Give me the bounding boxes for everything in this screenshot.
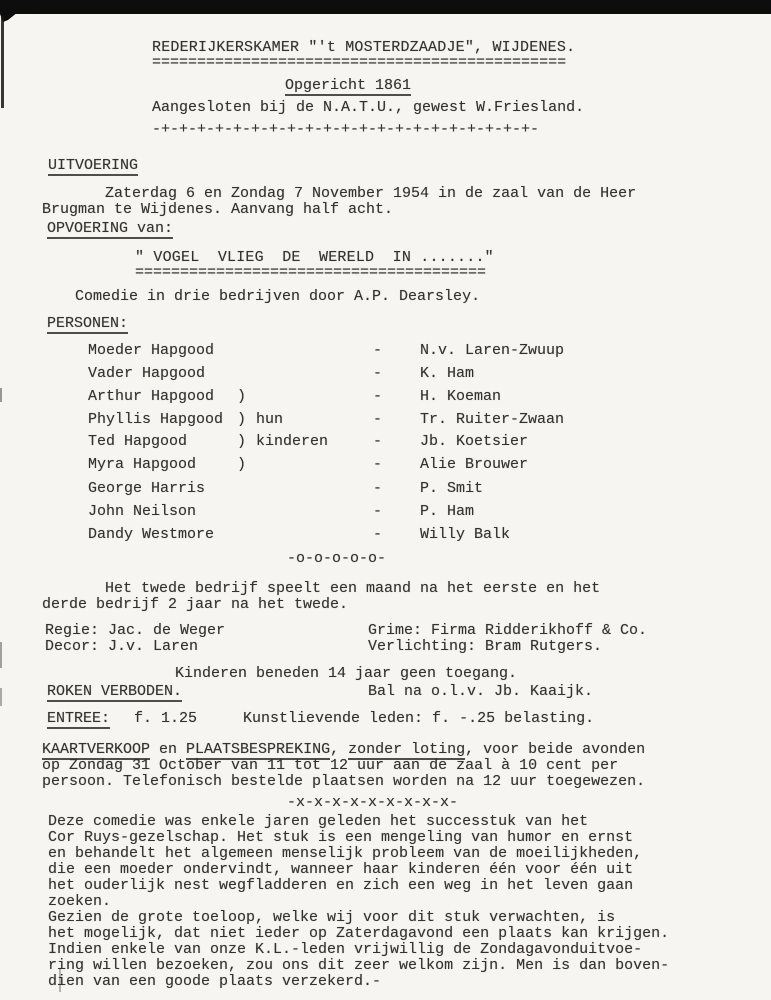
- body-paragraph-line: het ouderlijk nest wegfladderen en zich …: [48, 878, 633, 894]
- entree-price: f. 1.25: [134, 711, 197, 727]
- body-paragraph-line: en behandelt het algemeen menselijk prob…: [48, 846, 642, 862]
- cast-role: George Harris: [88, 480, 205, 497]
- cast-brace: ): [237, 412, 246, 428]
- scan-speck: [0, 688, 2, 706]
- acts-note-line: derde bedrijf 2 jaar na het twede.: [42, 597, 348, 613]
- verlichting-line: Verlichting: Bram Rutgers.: [368, 639, 602, 655]
- cast-role: Arthur Hapgood: [88, 388, 214, 405]
- decor-line: Decor: J.v. Laren: [45, 639, 198, 655]
- o-divider: -o-o-o-o-o-: [287, 551, 386, 567]
- cast-dash: -: [373, 457, 382, 473]
- cast-actor: Jb. Koetsier: [420, 434, 528, 450]
- kaartverkoop-join: ,: [330, 741, 348, 758]
- cast-row: John Neilson: [88, 504, 196, 520]
- cast-row: Phyllis Hapgood: [88, 412, 223, 428]
- body-paragraph-line: dien van een goode plaats verzekerd.-: [48, 974, 381, 990]
- body-paragraph-line: Cor Ruys-gezelschap. Het stuk is een men…: [48, 830, 633, 846]
- cast-role: Vader Hapgood: [88, 365, 205, 382]
- grime-line: Grime: Firma Ridderikhoff & Co.: [368, 623, 647, 639]
- scan-left-edge-artifact: [1, 16, 4, 108]
- affiliation-line: Aangesloten bij de N.A.T.U., gewest W.Fr…: [152, 100, 584, 116]
- entree-line: ENTREE:f. 1.25Kunstlievende leden: f. -.…: [47, 711, 594, 727]
- acts-note-line: Het twede bedrijf speelt een maand na he…: [105, 581, 600, 597]
- cast-role: Ted Hapgood: [88, 433, 187, 450]
- cast-dash: -: [373, 412, 382, 428]
- scanned-program-page: REDERIJKERSKAMER "'t MOSTERDZAADJE", WIJ…: [0, 0, 771, 1000]
- regie-line: Regie: Jac. de Weger: [45, 623, 225, 639]
- cast-row: Ted Hapgood: [88, 434, 187, 450]
- cast-actor: K. Ham: [420, 366, 474, 382]
- founded-line: Opgericht 1861: [285, 77, 411, 96]
- cast-dash: -: [373, 366, 382, 382]
- cast-actor: Alie Brouwer: [420, 457, 528, 473]
- cast-row: Vader Hapgood: [88, 366, 205, 382]
- uitvoering-line: Brugman te Wijdenes. Aanvang half acht.: [42, 202, 393, 218]
- cast-actor: Tr. Ruiter-Zwaan: [420, 412, 564, 428]
- cast-row: Arthur Hapgood: [88, 389, 214, 405]
- bal-note: Bal na o.l.v. Jb. Kaaijk.: [368, 684, 593, 700]
- body-paragraph-line: het mogelijk, dat niet ieder op Zaterdag…: [48, 926, 669, 942]
- cast-actor: N.v. Laren-Zwuup: [420, 343, 564, 359]
- society-title-underline: ========================================…: [152, 55, 566, 71]
- scan-speck: [0, 642, 2, 668]
- cast-dash: -: [373, 343, 382, 359]
- kinderen-note: Kinderen beneden 14 jaar geen toegang.: [175, 666, 517, 682]
- play-title-underline: =======================================: [135, 265, 486, 281]
- opvoering-heading: OPVOERING van:: [47, 220, 173, 239]
- cast-brace: ): [237, 457, 246, 473]
- cast-group-label: kinderen: [256, 434, 328, 450]
- cast-role: John Neilson: [88, 503, 196, 520]
- cast-row: Myra Hapgood: [88, 457, 196, 473]
- kaartverkoop-join: , voor beide avonden: [465, 741, 645, 758]
- cast-dash: -: [373, 527, 382, 543]
- kaartverkoop-line1: KAARTVERKOOP en PLAATSBESPREKING, zonder…: [42, 742, 645, 758]
- cast-dash: -: [373, 434, 382, 450]
- body-paragraph-line: Gezien de grote toeloop, welke wij voor …: [48, 910, 615, 926]
- cast-row: George Harris: [88, 481, 205, 497]
- kaartverkoop-line3: persoon. Telefonisch bestelde plaatsen w…: [42, 774, 645, 790]
- cast-actor: P. Smit: [420, 481, 483, 497]
- cast-group-label: hun: [256, 412, 283, 428]
- body-paragraph-line: ring willen bezoeken, zou ons dit zeer w…: [48, 958, 669, 974]
- cast-role: Dandy Westmore: [88, 526, 214, 543]
- cast-role: Moeder Hapgood: [88, 342, 214, 359]
- body-paragraph-line: Deze comedie was enkele jaren geleden he…: [48, 814, 588, 830]
- cast-brace: ): [237, 389, 246, 405]
- body-paragraph-line: zoeken.: [48, 894, 111, 910]
- cast-actor: H. Koeman: [420, 389, 501, 405]
- play-subtitle: Comedie in drie bedrijven door A.P. Dear…: [75, 289, 480, 305]
- body-paragraph-line: Indien enkele van onze K.L.-leden vrijwi…: [48, 942, 642, 958]
- entree-label: ENTREE:: [47, 710, 110, 729]
- cast-actor: Willy Balk: [420, 527, 510, 543]
- entree-members: Kunstlievende leden: f. -.25 belasting.: [243, 711, 594, 727]
- cast-dash: -: [373, 504, 382, 520]
- cast-actor: P. Ham: [420, 504, 474, 520]
- uitvoering-heading: UITVOERING: [48, 157, 138, 176]
- x-divider: -x-x-x-x-x-x-x-x-x-: [287, 795, 458, 811]
- body-paragraph-line: die een moeder ondervindt, wanneer haar …: [48, 862, 633, 878]
- scan-speck: [0, 388, 2, 402]
- cast-role: Phyllis Hapgood: [88, 411, 223, 428]
- uitvoering-line: Zaterdag 6 en Zondag 7 November 1954 in …: [105, 186, 636, 202]
- cast-brace: ): [237, 434, 246, 450]
- personen-heading: PERSONEN:: [47, 315, 128, 334]
- cast-role: Myra Hapgood: [88, 456, 196, 473]
- cast-dash: -: [373, 481, 382, 497]
- roken-verboden-heading: ROKEN VERBODEN.: [47, 683, 182, 702]
- kaartverkoop-join: en: [150, 741, 186, 758]
- scan-top-edge-artifact: [0, 0, 771, 14]
- plus-divider: -+-+-+-+-+-+-+-+-+-+-+-+-+-+-+-+-+-+-+-+…: [152, 122, 539, 138]
- kaartverkoop-line2: op Zondag 31 October van 11 tot 12 uur a…: [42, 758, 618, 774]
- cast-dash: -: [373, 389, 382, 405]
- cast-row: Dandy Westmore: [88, 527, 214, 543]
- cast-row: Moeder Hapgood: [88, 343, 214, 359]
